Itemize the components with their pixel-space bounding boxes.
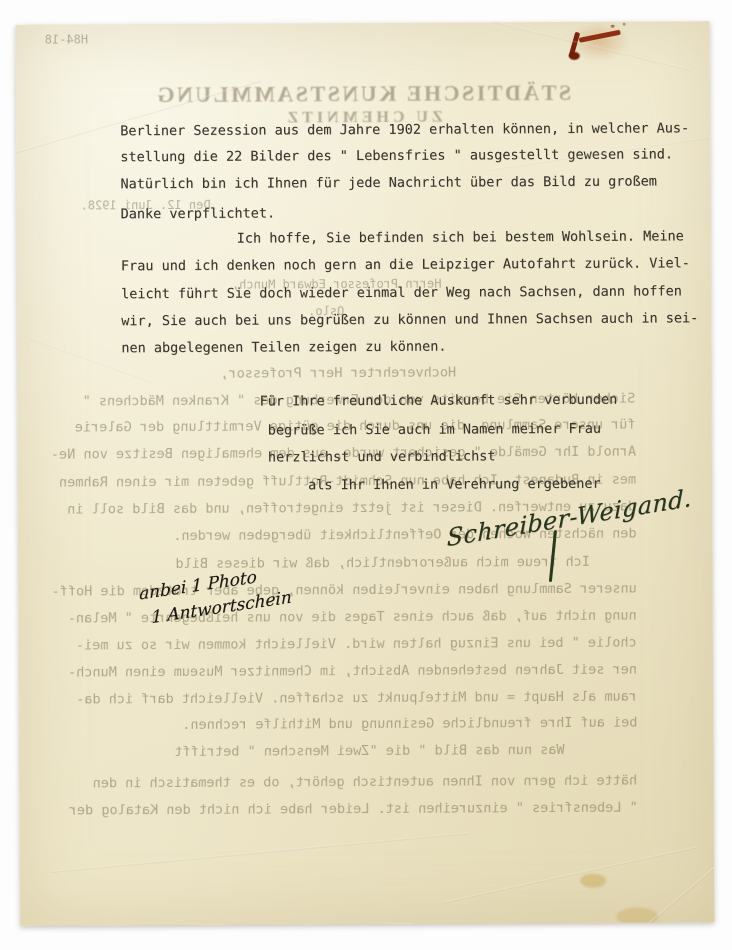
paper-crease bbox=[443, 846, 697, 903]
bleedthrough-line: Was nun das Bild " die "Zwei Menschen " … bbox=[174, 742, 564, 760]
letter-line: nen abgelegenen Teilen zeigen zu können. bbox=[121, 339, 446, 357]
stain-blob bbox=[569, 52, 580, 60]
paper-crease bbox=[51, 832, 469, 873]
letter-line: begrüße ich Sie auch im Namen meiner Fra… bbox=[268, 421, 601, 439]
letter-line: herzlichst und verbindlichst bbox=[268, 448, 496, 465]
bleedthrough-line: cholie " bei uns Einzug halten wird. Vie… bbox=[76, 635, 637, 654]
letter-line: Natürlich bin ich Ihnen für jede Nachric… bbox=[120, 173, 657, 192]
scanned-letter: H84-18 STÄDTISCHE KUNSTSAMMLUNG ZU CHEMN… bbox=[0, 0, 732, 950]
bleedthrough-line: hätte ich gern von Ihnen autentisch gehö… bbox=[93, 773, 638, 792]
bleedthrough-corner-mark: H84-18 bbox=[44, 32, 87, 46]
bleedthrough-line: " Lebensfries " einzureihen ist. Leider … bbox=[69, 800, 638, 819]
bleedthrough-line: raum als Haupt = und Mittelpunkt zu scha… bbox=[76, 689, 637, 708]
stain-dot bbox=[623, 23, 626, 26]
bleedthrough-letterhead: STÄDTISCHE KUNSTSAMMLUNG bbox=[16, 79, 710, 109]
letter-line: leicht führt Sie doch wieder einmal der … bbox=[121, 283, 682, 302]
letter-line: wir, Sie auch bei uns begrüßen zu können… bbox=[121, 310, 698, 329]
letter-page: H84-18 STÄDTISCHE KUNSTSAMMLUNG ZU CHEMN… bbox=[16, 21, 715, 926]
letter-line: Frau und ich denken noch gern an die Lei… bbox=[121, 255, 690, 274]
bleedthrough-salutation: Hochverehrter Herr Professor, bbox=[221, 365, 457, 382]
bleedthrough-line: bei auf Ihre freundliche Gesinnung und M… bbox=[182, 715, 637, 733]
stain-dot bbox=[611, 25, 615, 28]
paper-spot bbox=[616, 907, 658, 925]
letter-line: Für Ihre freundliche Auskunft sehr verbu… bbox=[260, 392, 618, 410]
letter-line: Berliner Sezession aus dem Jahre 1902 er… bbox=[120, 120, 689, 139]
paper-spot bbox=[580, 874, 606, 888]
bleedthrough-line: ner seit Jahren bestehenden Absicht, im … bbox=[68, 662, 637, 681]
letter-line: Ich hoffe, Sie befinden sich bei bestem … bbox=[237, 228, 684, 246]
letter-line: als Ihr Ihnen in Verehrung ergebener bbox=[308, 476, 601, 494]
letter-line: Danke verpflichtet. bbox=[121, 205, 276, 222]
